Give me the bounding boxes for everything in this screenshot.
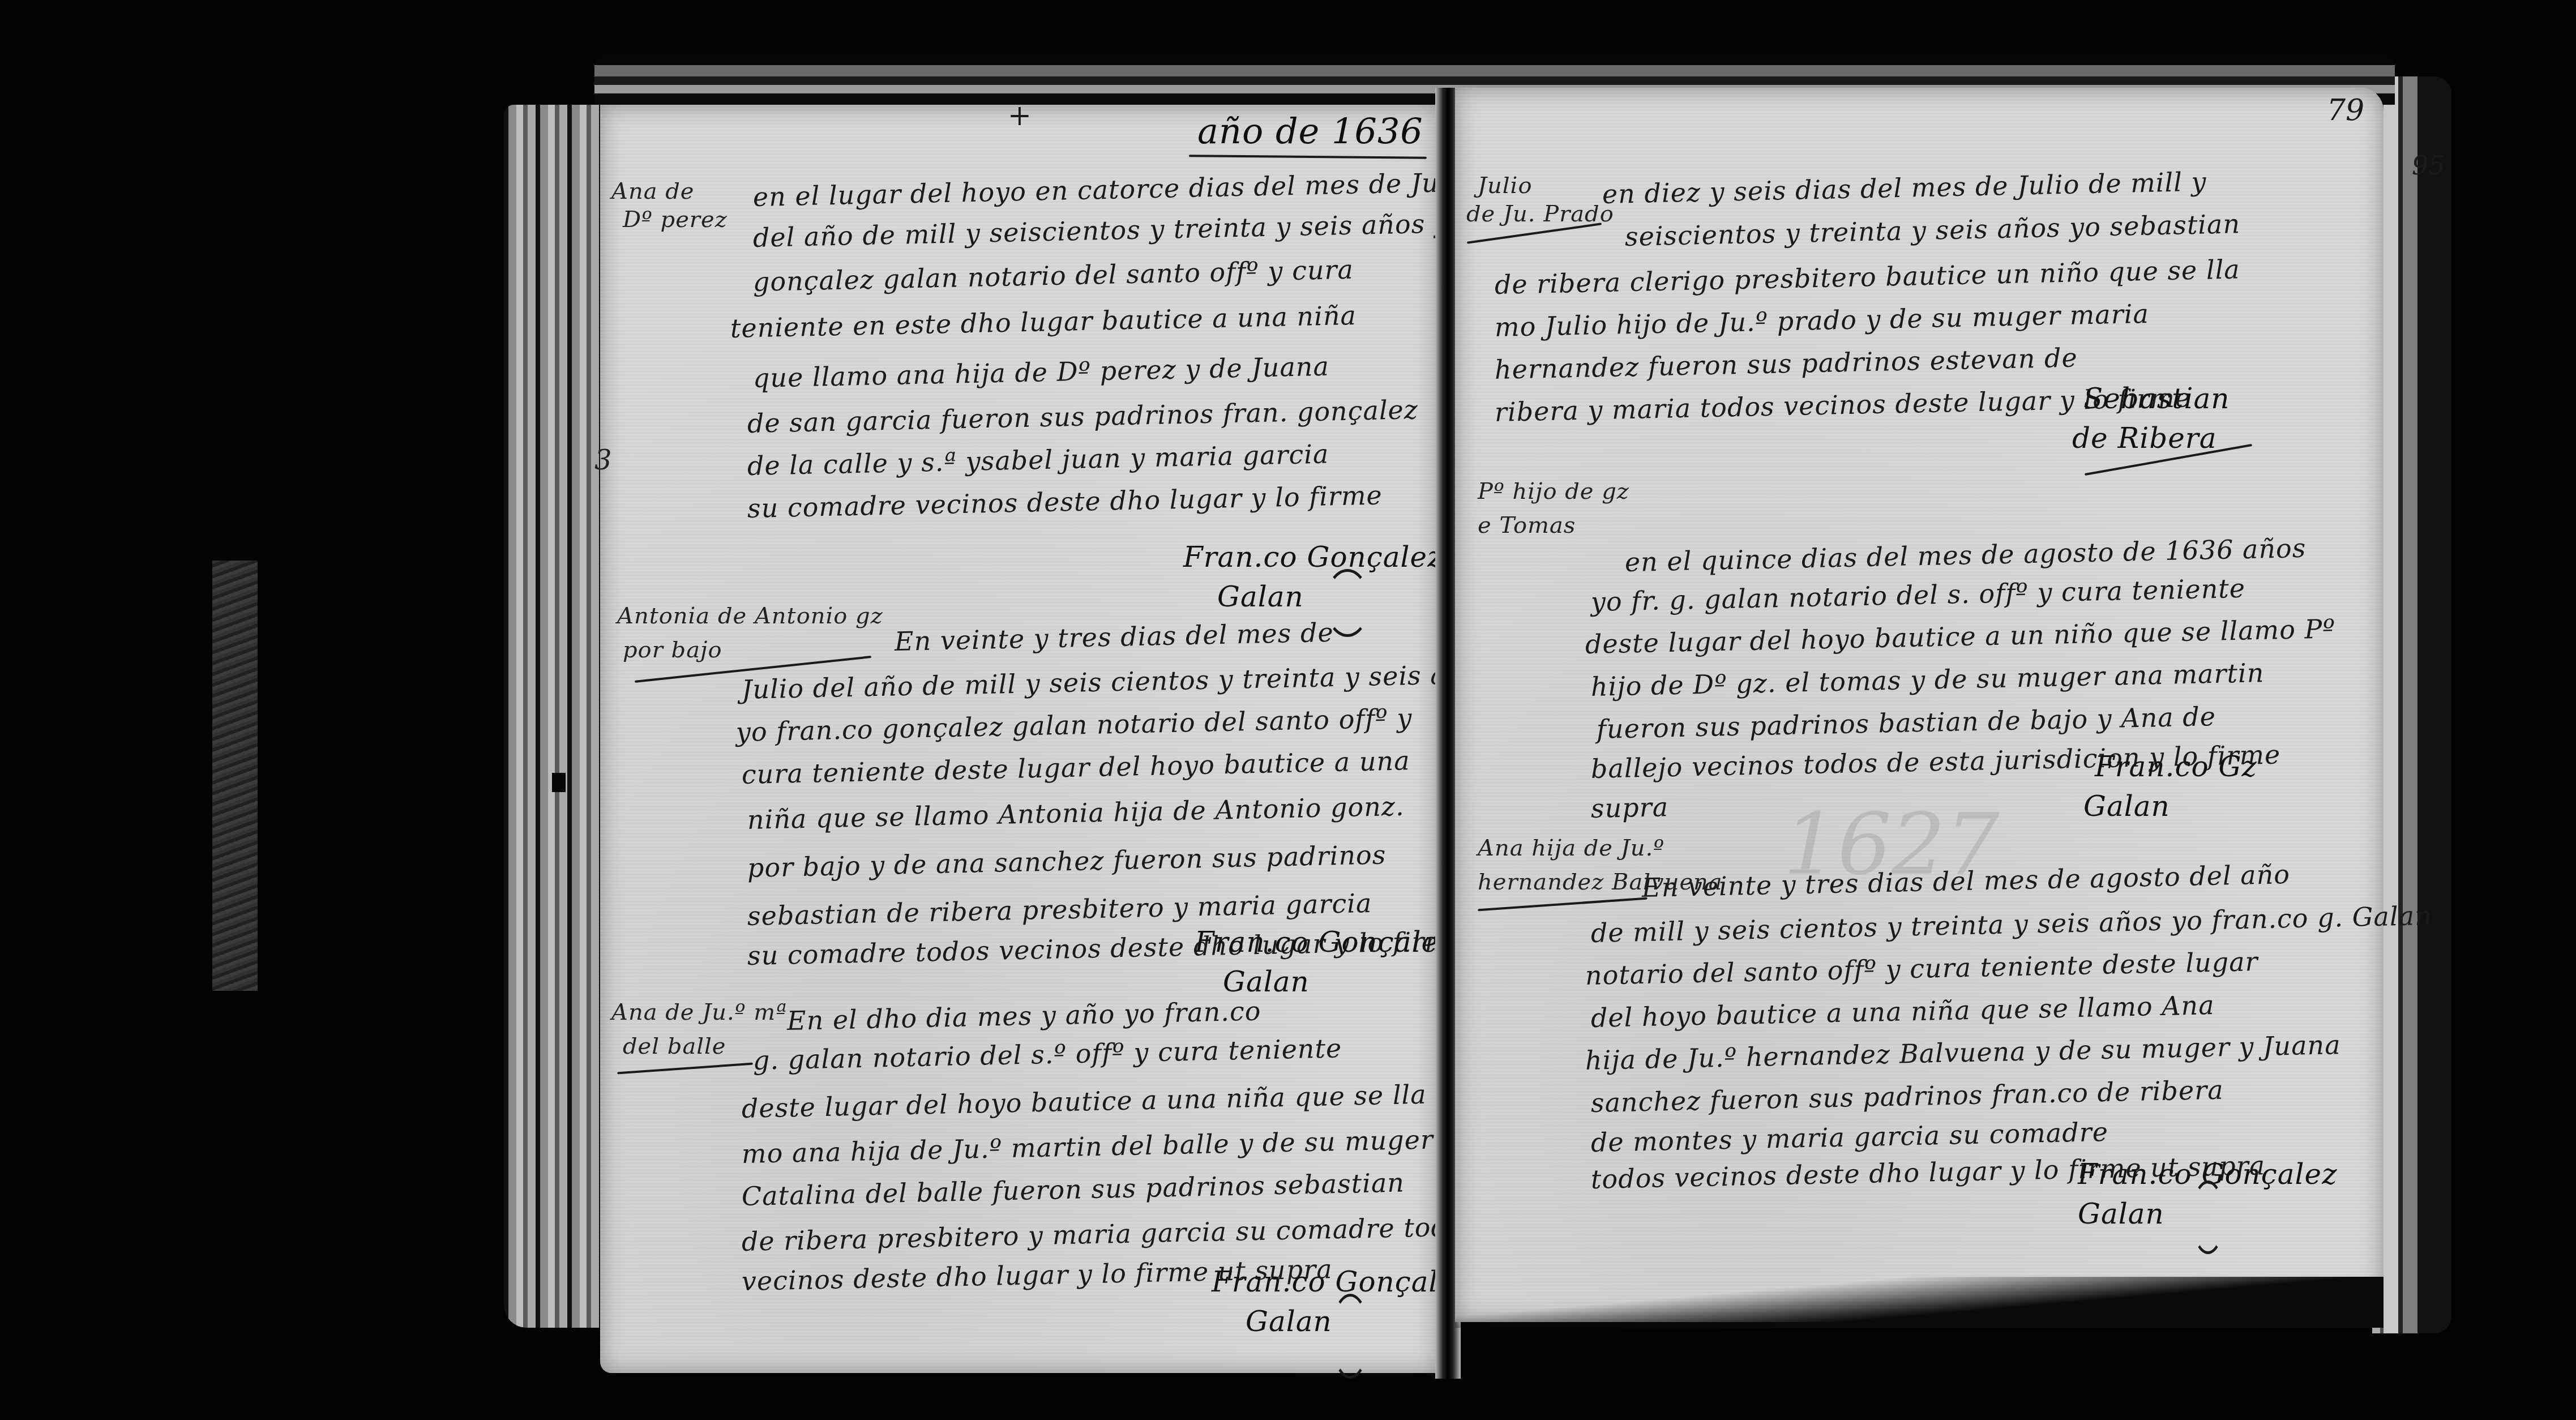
entry-line: fueron sus padrinos bastian de bajo y An… bbox=[1597, 703, 2216, 742]
signature: Galan bbox=[1246, 1305, 1332, 1338]
entry-line: Catalina del balle fueron sus padrinos s… bbox=[742, 1169, 1405, 1209]
margin-note: Ana hija de Ju.º bbox=[1478, 835, 1664, 861]
margin-note: Ana de bbox=[611, 178, 695, 204]
edge-note: 3 bbox=[594, 444, 613, 476]
entry-line: supra bbox=[1591, 794, 1669, 822]
torn-bottom-edge bbox=[1455, 1277, 2384, 1328]
top-cross-mark: + bbox=[1008, 99, 1032, 132]
entry-line: niña que se llamo Antonia hija de Antoni… bbox=[747, 793, 1405, 833]
stray-paper-strip bbox=[212, 561, 258, 991]
margin-note: Antonia de Antonio gz bbox=[617, 603, 883, 629]
right-page: 79 95 1627 Julio de Ju. Prado en diez y … bbox=[1455, 88, 2384, 1322]
margin-note: Julio bbox=[1478, 173, 1532, 199]
year-header: año de 1636 bbox=[1197, 110, 1423, 152]
signature: Fran.co Gonçalez bbox=[1212, 1265, 1471, 1298]
entry-line: de montes y maria garcia su comadre bbox=[1591, 1119, 2109, 1156]
entry-line: del hoyo bautice a una niña que se llamo… bbox=[1591, 992, 2215, 1031]
entry-line: Julio del año de mill y seis cientos y t… bbox=[742, 661, 1495, 703]
entry-line: En veinte y tres dias del mes de bbox=[895, 619, 1334, 655]
signature: Galan bbox=[1223, 965, 1310, 998]
entry-line: deste lugar del hoyo bautice a un niño q… bbox=[1585, 615, 2336, 657]
entry-line: de mill y seis cientos y treinta y seis … bbox=[1591, 903, 2433, 946]
entry-line: g. galan notario del s.º offº y cura ten… bbox=[753, 1035, 1342, 1073]
signature: Sebastian bbox=[2083, 382, 2230, 415]
signature: Galan bbox=[2078, 1197, 2164, 1230]
entry-line: En veinte y tres dias del mes de agosto … bbox=[1642, 861, 2291, 901]
entry-line: hija de Ju.º hernandez Balvuena y de su … bbox=[1585, 1032, 2341, 1073]
entry-line: en el lugar del hoyo en catorce dias del… bbox=[753, 169, 1474, 210]
signature: Fran.co Gonçalez bbox=[1195, 926, 1454, 959]
margin-underline bbox=[617, 1063, 753, 1075]
signature: Galan bbox=[1217, 580, 1304, 613]
entry-line: hijo de Dº gz. el tomas y de su muger an… bbox=[1591, 660, 2265, 700]
entry-line: mo ana hija de Ju.º martin del balle y d… bbox=[742, 1126, 1434, 1167]
entry-line: por bajo y de ana sanchez fueron sus pad… bbox=[747, 841, 1387, 881]
entry-line: cura teniente deste lugar del hoyo bauti… bbox=[742, 747, 1410, 788]
signature: Fran.co Gz bbox=[2095, 750, 2257, 783]
signature: Galan bbox=[2083, 790, 2170, 823]
right-page-stack-edges bbox=[2372, 76, 2451, 1333]
entry-line: sebastian de ribera presbitero y maria g… bbox=[747, 890, 1372, 929]
entry-line: de ribera clerigo presbitero bautice un … bbox=[1495, 256, 2241, 298]
entry-line: notario del santo offº y cura teniente d… bbox=[1585, 948, 2258, 989]
entry-line: En el dho dia mes y año yo fran.co bbox=[787, 998, 1261, 1034]
folio-number: 79 bbox=[2327, 93, 2364, 127]
rubric-flourish bbox=[2191, 1181, 2225, 1254]
entry-line: seiscientos y treinta y seis años yo seb… bbox=[1625, 211, 2241, 250]
margin-underline bbox=[1478, 897, 1648, 912]
entry-line: en el quince dias del mes de agosto de 1… bbox=[1625, 535, 2307, 575]
margin-note: Dº perez bbox=[623, 207, 728, 233]
entry-line: que llamo ana hija de Dº perez y de Juan… bbox=[753, 353, 1330, 391]
year-underline bbox=[1189, 155, 1427, 159]
entry-line: gonçalez galan notario del santo offº y … bbox=[753, 256, 1354, 295]
margin-note: Pº hijo de gz bbox=[1478, 478, 1629, 504]
entry-line: de ribera presbitero y maria garcia su c… bbox=[742, 1213, 1479, 1255]
left-page-stack-edges bbox=[504, 105, 606, 1328]
entry-line: teniente en este dho lugar bautice a una… bbox=[730, 302, 1357, 341]
margin-note: Ana de Ju.º mª bbox=[611, 999, 787, 1025]
margin-note: e Tomas bbox=[1478, 512, 1576, 538]
margin-note: del balle bbox=[623, 1033, 726, 1059]
signature: de Ribera bbox=[2072, 422, 2216, 455]
rubric-flourish bbox=[1330, 1294, 1370, 1379]
signature: Fran.co Gonçalez bbox=[1183, 541, 1443, 574]
entry-line: mo Julio hijo de Ju.º prado y de su muge… bbox=[1495, 301, 2150, 340]
margin-note: de Ju. Prado bbox=[1466, 201, 1614, 227]
scanned-image: 3 + año de 1636 Ana de Dº perez en el lu… bbox=[0, 0, 2576, 1420]
entry-line: hernandez fueron sus padrinos estevan de bbox=[1495, 344, 2078, 383]
entry-line: yo fran.co gonçalez galan notario del sa… bbox=[736, 705, 1413, 745]
entry-line: su comadre vecinos deste dho lugar y lo … bbox=[747, 482, 1383, 521]
entry-line: deste lugar del hoyo bautice a una niña … bbox=[742, 1081, 1427, 1122]
open-register-book: 3 + año de 1636 Ana de Dº perez en el lu… bbox=[493, 54, 2463, 1379]
underlying-folio-number: 95 bbox=[2412, 150, 2445, 181]
entry-line: de san garcia fueron sus padrinos fran. … bbox=[747, 396, 1419, 437]
entry-line: en diez y seis dias del mes de Julio de … bbox=[1602, 169, 2207, 207]
entry-line: yo fr. g. galan notario del s. offº y cu… bbox=[1591, 575, 2246, 615]
left-page: 3 + año de 1636 Ana de Dº perez en el lu… bbox=[600, 105, 1438, 1373]
entry-line: de la calle y s.ª ysabel juan y maria ga… bbox=[747, 440, 1329, 479]
entry-line: sanchez fueron sus padrinos fran.co de r… bbox=[1591, 1077, 2224, 1116]
margin-note: por bajo bbox=[623, 637, 722, 663]
edge-notch bbox=[552, 773, 566, 792]
